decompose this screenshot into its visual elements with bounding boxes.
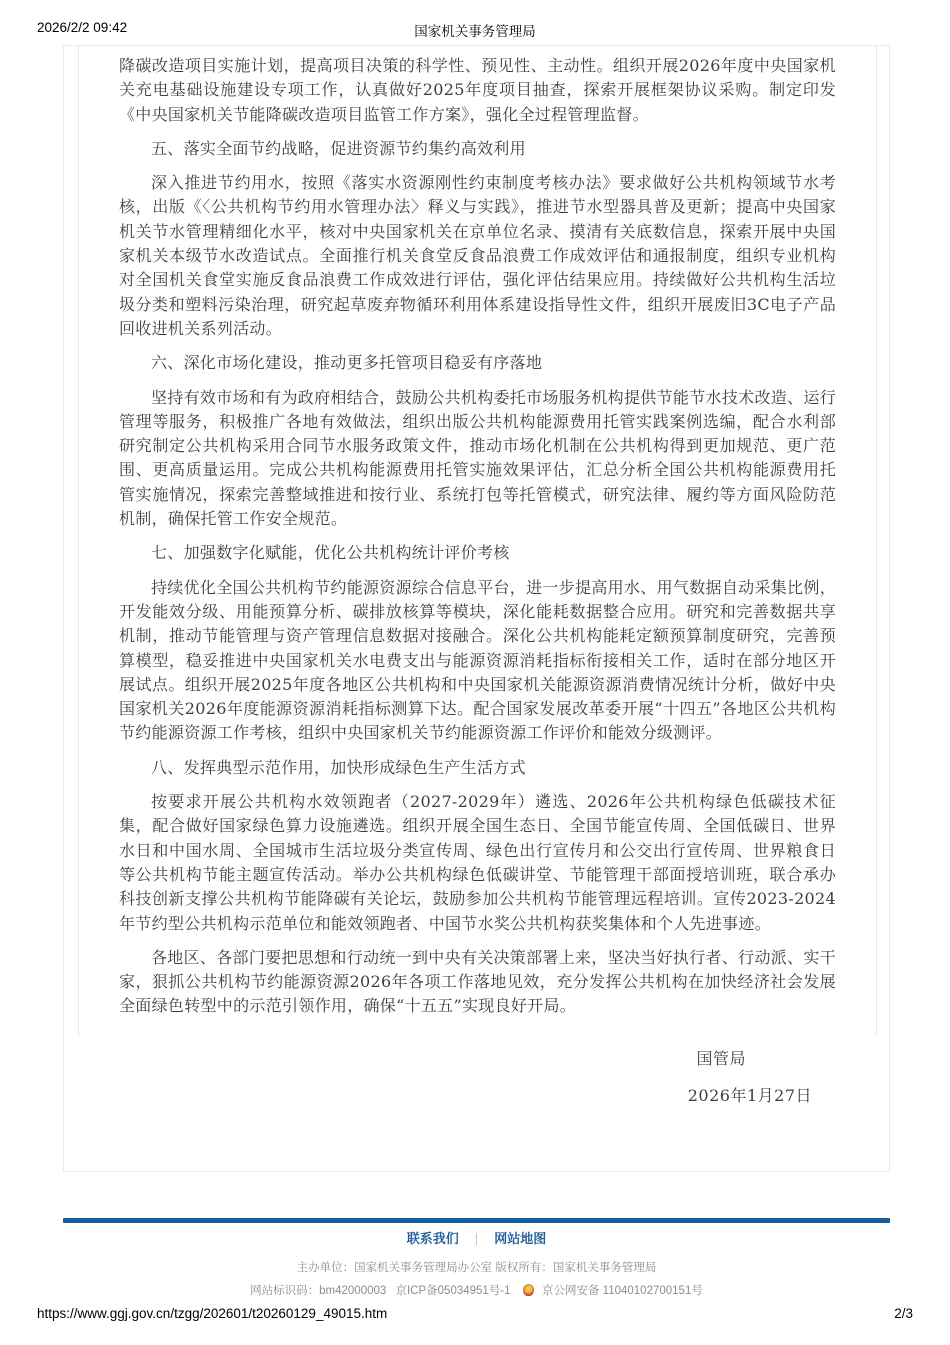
document-paragraph: 深入推进节约用水，按照《落实水资源刚性约束制度考核办法》要求做好公共机构领域节水… xyxy=(119,171,836,341)
article-body: 降碳改造项目实施计划，提高项目决策的科学性、预见性、主动性。组织开展2026年度… xyxy=(78,46,877,1036)
document-paragraph: 持续优化全国公共机构节约能源资源综合信息平台，进一步提高用水、用气数据自动采集比… xyxy=(119,576,836,746)
icp-number: 京ICP备05034951号-1 xyxy=(395,1285,510,1297)
footer-divider-bar xyxy=(63,1218,890,1223)
section-heading: 七、加强数字化赋能，优化公共机构统计评价考核 xyxy=(119,541,836,565)
footer-links: 联系我们|网站地图 xyxy=(63,1228,890,1247)
print-page-number: 2/3 xyxy=(894,1306,913,1321)
site-footer: 联系我们|网站地图 主办单位：国家机关事务管理局办公室 版权所有：国家机关事务管… xyxy=(63,1228,890,1298)
sponsor-line: 主办单位：国家机关事务管理局办公室 版权所有：国家机关事务管理局 xyxy=(63,1259,890,1275)
site-map-link[interactable]: 网站地图 xyxy=(494,1231,546,1246)
document-paragraph: 降碳改造项目实施计划，提高项目决策的科学性、预见性、主动性。组织开展2026年度… xyxy=(119,54,836,127)
print-url: https://www.ggj.gov.cn/tzgg/202601/t2026… xyxy=(37,1306,387,1321)
print-page-title: 国家机关事务管理局 xyxy=(37,20,913,40)
signature-date: 2026年1月27日 xyxy=(688,1083,812,1106)
section-heading: 六、深化市场化建设，推动更多托管项目稳妥有序落地 xyxy=(119,351,836,375)
police-badge-icon xyxy=(523,1284,534,1296)
document-container: 降碳改造项目实施计划，提高项目决策的科学性、预见性、主动性。组织开展2026年度… xyxy=(63,45,890,1172)
document-paragraph: 坚持有效市场和有为政府相结合，鼓励公共机构委托市场服务机构提供节能节水技术改造、… xyxy=(119,386,836,532)
document-paragraph: 各地区、各部门要把思想和行动统一到中央有关决策部署上来，坚决当好执行者、行动派、… xyxy=(119,946,836,1019)
section-heading: 八、发挥典型示范作用，加快形成绿色生产生活方式 xyxy=(119,756,836,780)
contact-us-link[interactable]: 联系我们 xyxy=(407,1231,459,1246)
document-paragraph: 按要求开展公共机构水效领跑者（2027-2029年）遴选、2026年公共机构绿色… xyxy=(119,790,836,936)
police-record-number: 京公网安备 11040102700151号 xyxy=(542,1285,703,1297)
site-id-code: 网站标识码：bm42000003 xyxy=(250,1285,386,1297)
section-heading: 五、落实全面节约战略，促进资源节约集约高效利用 xyxy=(119,137,836,161)
site-meta-line: 网站标识码：bm42000003 京ICP备05034951号-1 京公网安备 … xyxy=(63,1282,890,1298)
signature: 国管局 xyxy=(696,1046,746,1069)
footer-links-divider: | xyxy=(475,1231,478,1246)
